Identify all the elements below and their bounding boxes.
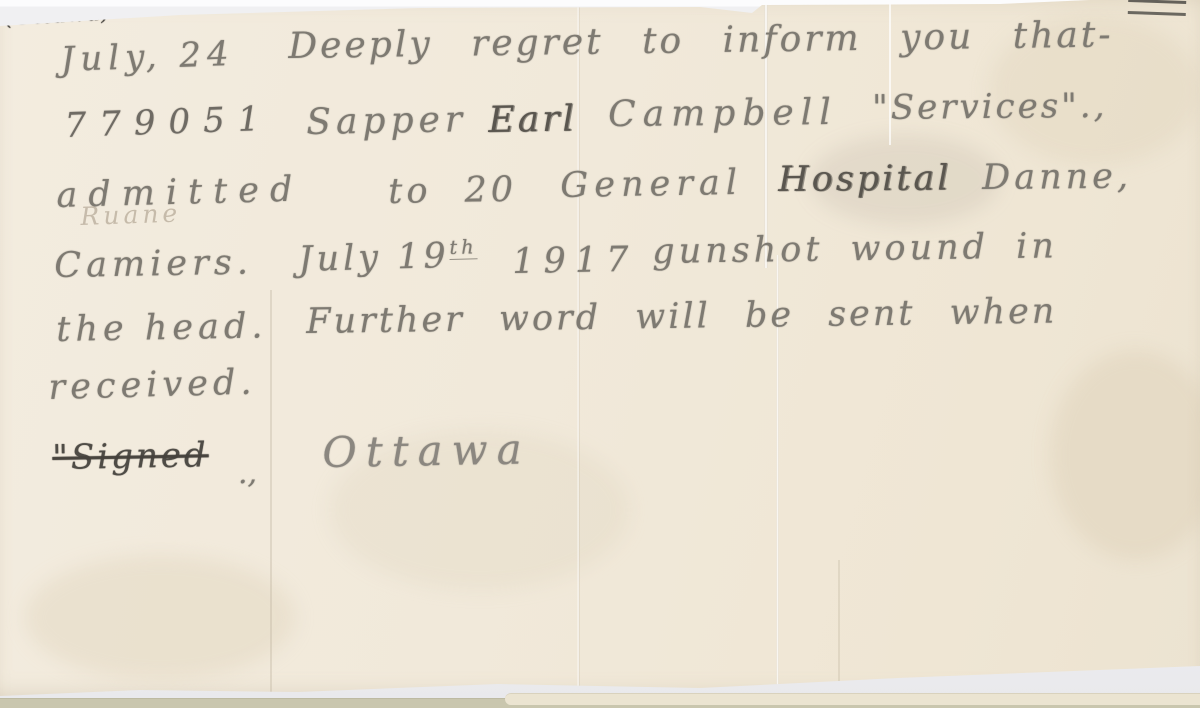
signed-label: "Signed	[52, 435, 209, 478]
fold-crease	[270, 290, 272, 695]
hospital-place: Danne,	[982, 157, 1132, 198]
services-text: "Services".,	[872, 86, 1108, 128]
telegram-date: July, 24	[60, 34, 235, 80]
soldier-first-name: Earl	[488, 98, 577, 141]
wound-location: the head.	[56, 306, 268, 350]
place-camiers: Camiers.	[54, 243, 253, 286]
further-word-line: Further word will be sent when	[306, 292, 1058, 342]
fold-crease	[838, 560, 840, 690]
paper-stain	[25, 555, 295, 680]
regret-line: Deeply regret to inform you that-	[288, 14, 1114, 67]
wound-date-day: July 19	[298, 236, 450, 280]
document-scan: (Ottawa) July, 24 Deeply regret to infor…	[0, 0, 1200, 708]
wound-description: gunshot wound in	[652, 226, 1058, 272]
origin-note: (Ottawa)	[4, 0, 111, 31]
hospital-number: to 20	[388, 170, 517, 212]
hospital-word: Hospital	[778, 158, 952, 200]
underlying-paper-edge	[505, 693, 1200, 705]
wound-year: 1917	[512, 240, 638, 282]
fold-crease	[577, 0, 580, 692]
soldier-rank: Sapper	[306, 99, 467, 143]
signature-text: Ottawa	[322, 424, 531, 477]
soldier-last-name: Campbell	[608, 92, 838, 135]
received-word: received.	[48, 363, 257, 408]
signed-punctuation: .,	[238, 456, 257, 491]
ordinal-suffix: th	[449, 236, 478, 261]
service-number: 779051	[64, 99, 273, 146]
wound-date: July 19th	[298, 235, 478, 280]
telegram-paper: (Ottawa) July, 24 Deeply regret to infor…	[0, 0, 1200, 700]
paper-stain	[1050, 350, 1200, 560]
crossed-out-mark	[1128, 0, 1186, 16]
hospital-type: General	[560, 163, 743, 206]
faint-overwritten-word: Ruane	[80, 198, 182, 230]
